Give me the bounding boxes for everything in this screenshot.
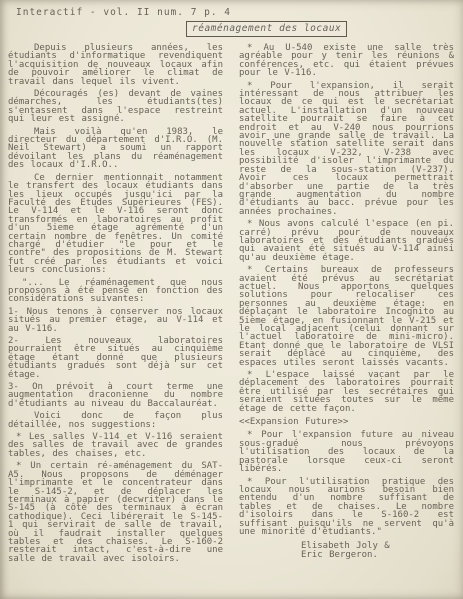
bullet-item: * Pour l'expansion future au niveau sous… [239,431,454,473]
section-heading: <<Expansion Future>> [239,418,454,426]
left-column: Depuis plusieurs années, les étudiants d… [8,44,223,567]
paragraph: Découragés (es) devant de vaines démarch… [8,90,223,124]
bullet-item: * Les salles V-114 et V-116 seraient des… [8,433,223,458]
list-item: 1- Nous tenons à conserver nos locaux si… [8,308,223,333]
bullet-item: * Au U-540 existe une salle très agréabl… [239,44,454,78]
article-body: Depuis plusieurs années, les étudiants d… [8,44,455,567]
list-item: 3- On prévoit à court terme une augmenta… [8,383,223,408]
article-title-box: réaménagement des locaux [186,21,347,37]
paragraph: Voici donc de façon plus détaillée, nos … [8,412,223,429]
bullet-item: * Certains bureaux de professeurs avaien… [239,266,454,367]
scanned-document-page: Interactif - vol. II num. 7 p. 4 réaména… [0,0,463,599]
masthead: Interactif - vol. II num. 7 p. 4 [16,7,231,18]
paragraph: Mais voilà qu'en 1983, le directeur du d… [8,128,223,170]
list-item: 2- Les nouveaux laboratoires pourraient … [8,337,223,379]
signature-line: Eric Bergeron. [301,551,454,560]
paragraph: Ce dernier mentionnait notamment le tran… [8,174,223,275]
bullet-item: * Un certain ré-aménagement du SAT-A5. N… [8,462,223,563]
bullet-item: * Pour l'utilisation pratique des locaux… [239,478,454,537]
paragraph: "... Le réaménagement que nous proposons… [8,279,223,304]
right-column: * Au U-540 existe une salle très agréabl… [239,44,454,567]
paragraph: Depuis plusieurs années, les étudiants d… [8,44,223,86]
author-signature: Elisabeth Joly & Eric Bergeron. [239,542,454,560]
bullet-item: * L'espace laissé vacant par le déplacem… [239,371,454,413]
bullet-item: * Nous avons calculé l'espace (en pi. ca… [239,220,454,262]
bullet-item: * Pour l'expansion, il serait intéressan… [239,82,454,217]
